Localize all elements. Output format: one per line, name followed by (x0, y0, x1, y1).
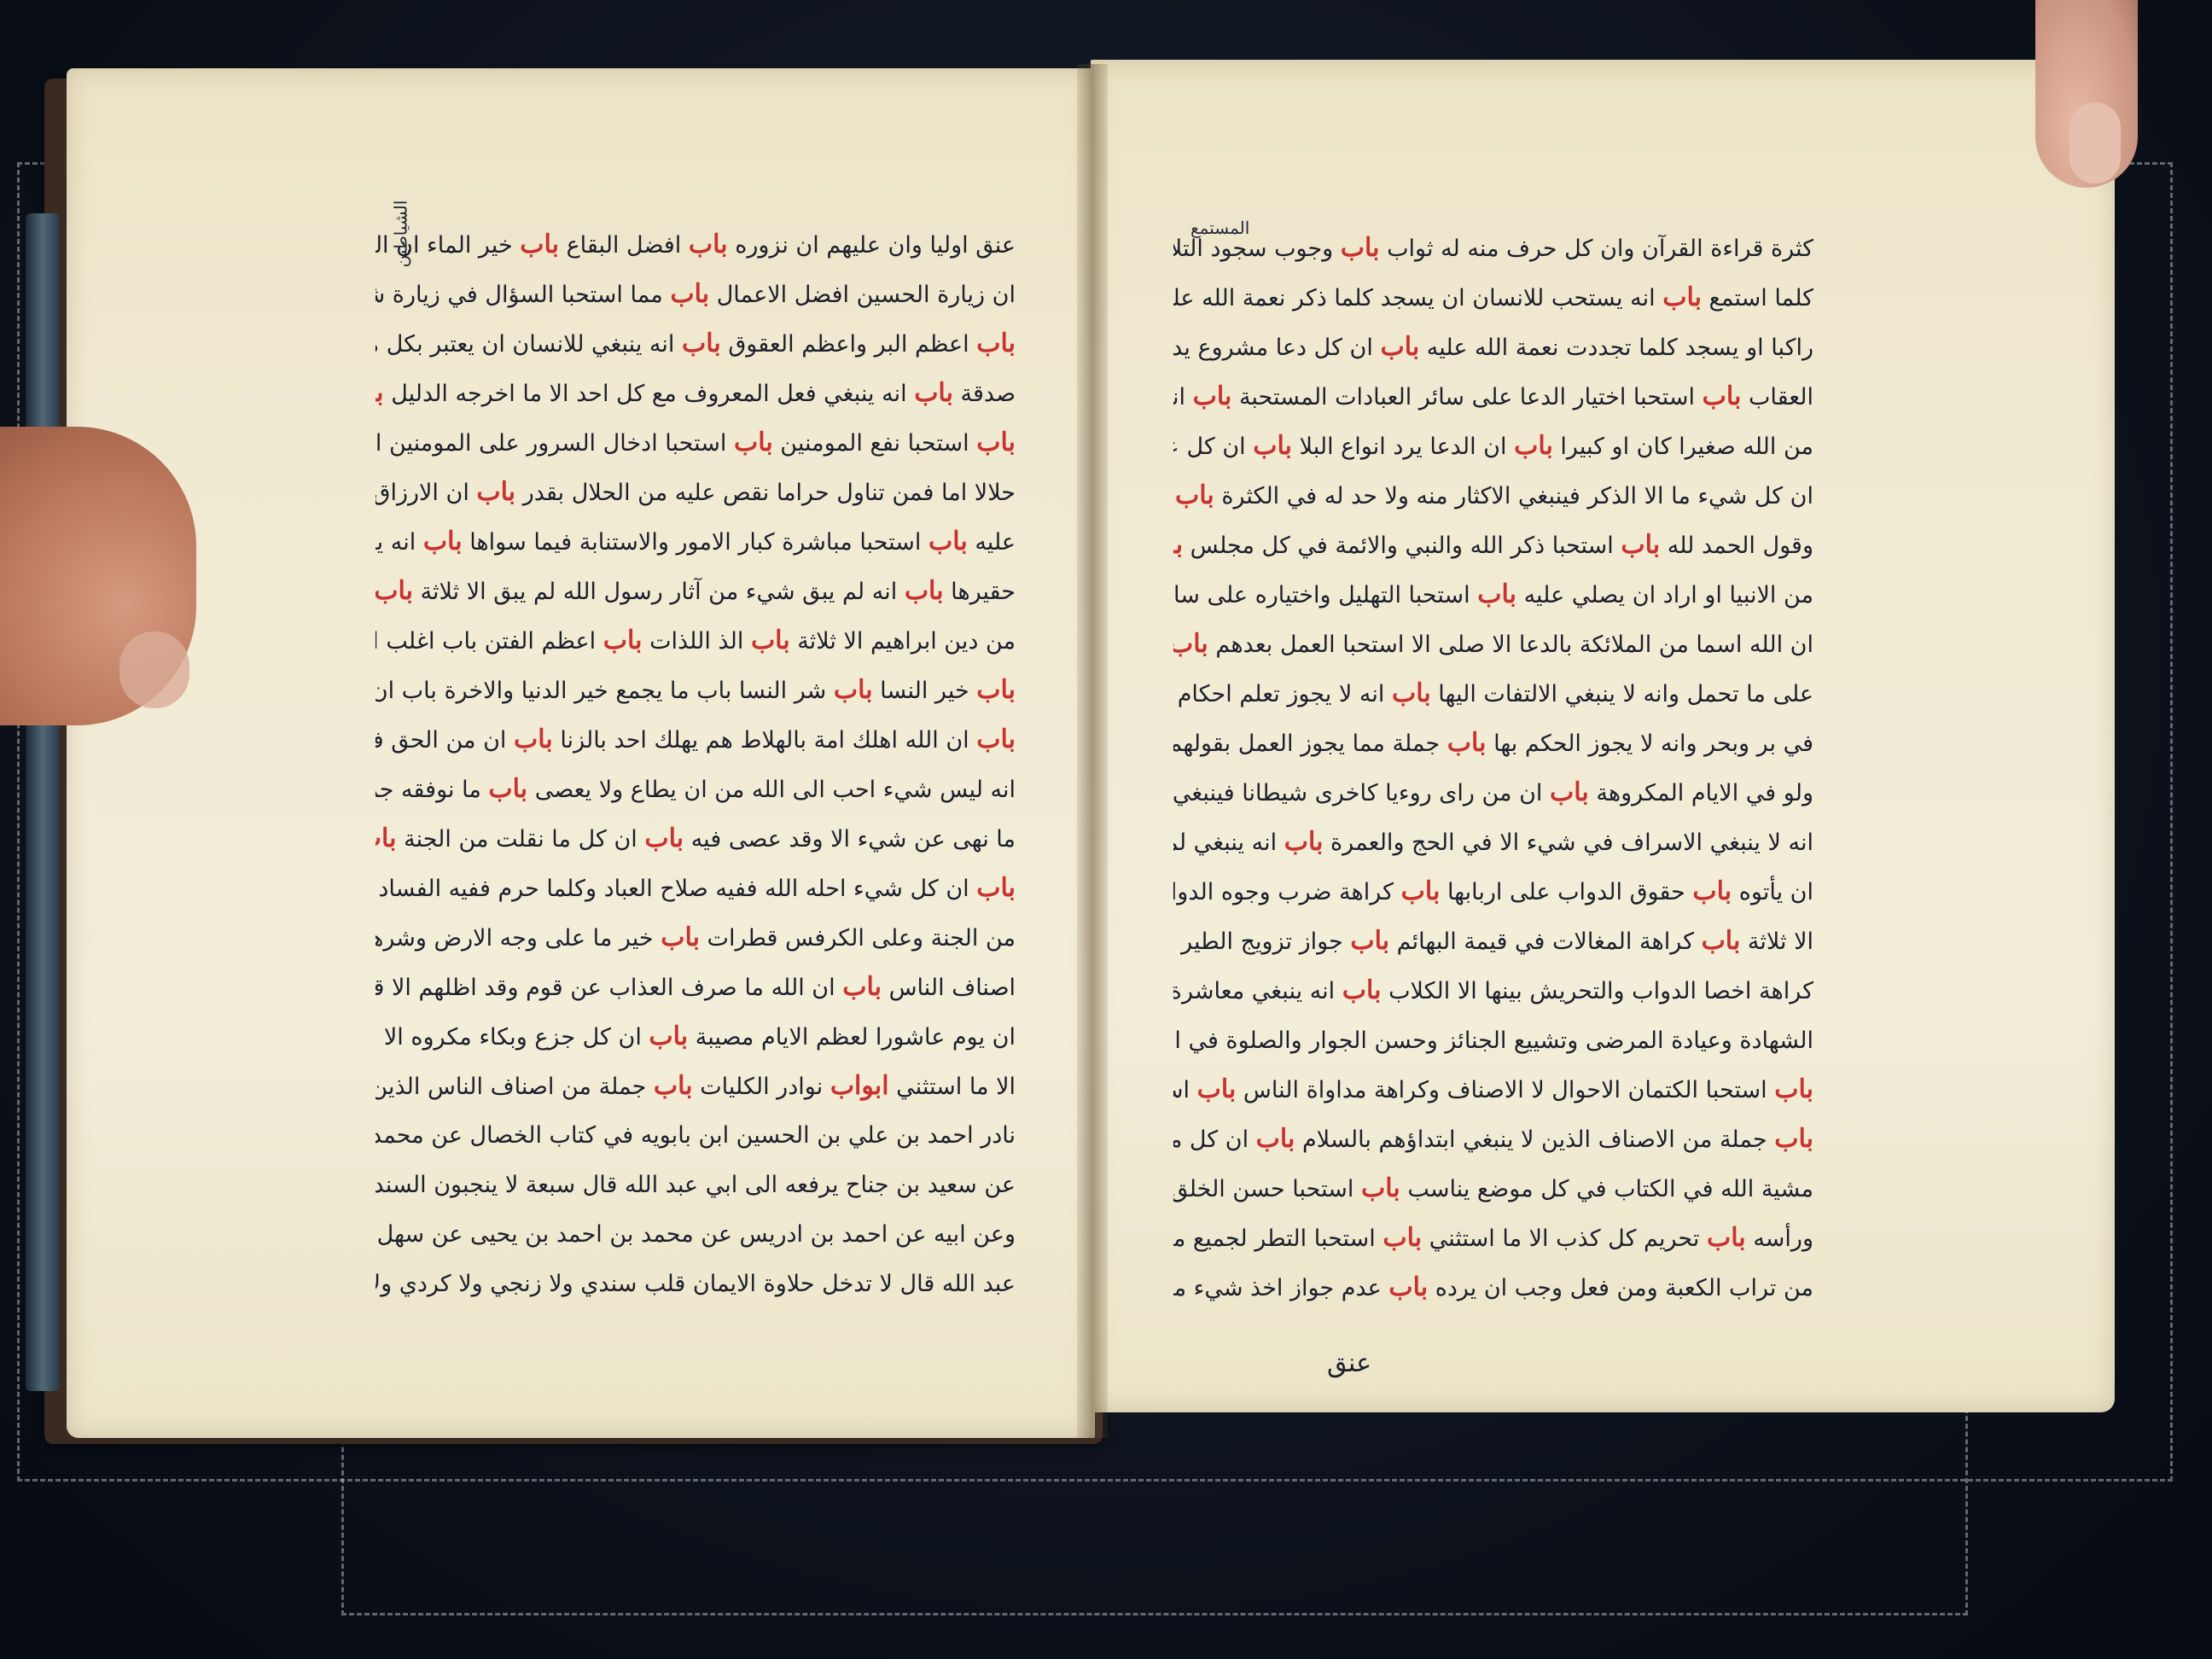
line-text: ولو في الايام المكروهة (1596, 780, 1813, 806)
line-text: استحبا ادخال السرور على المومنين ان الله… (375, 430, 726, 457)
line-text: مشية الله في الكتاب في كل موضع يناسب (1407, 1176, 1813, 1202)
left-thumbnail (119, 632, 189, 708)
line-text: استحبا الكتمان الاحوال لا الاصناف وكراهة… (1243, 1077, 1767, 1103)
rubric-heading: باب (488, 774, 527, 804)
rubric-heading: باب (1401, 876, 1441, 906)
line-text: اما فمن تناول حراما نقص عليه من الحلال ب… (523, 480, 967, 506)
rubric-heading: باب (1621, 530, 1660, 560)
line-text: انه ينبغي لمن اراد سفرا ان يعلم اخوانه و… (1173, 829, 1277, 856)
rubric-heading: باب (661, 923, 700, 952)
text-line: الشهادة وعيادة المرضى وتشييع الجنائز وحس… (1173, 1016, 1813, 1065)
text-line: باب استحبا الكتمان الاحوال لا الاصناف وك… (1173, 1065, 1813, 1115)
text-line: عبد الله قال لا تدخل حلاوة الايمان قلب س… (375, 1260, 1016, 1309)
line-text: ورأسه (1753, 1225, 1813, 1252)
line-text: ان من راى روءيا كاخرى شيطانا فينبغي ان ي… (1173, 780, 1542, 806)
line-text: كلما استمع (1709, 285, 1813, 311)
line-text: تحريم كل كذب الا ما استثني (1429, 1225, 1700, 1252)
rubric-heading: باب (603, 626, 643, 655)
text-line: وقول الحمد لله باب استحبا ذكر الله والنب… (1173, 521, 1813, 570)
text-line: باب اعظم البر واعظم العقوق باب انه ينبغي… (375, 319, 1016, 369)
rubric-heading: باب (514, 725, 553, 754)
text-line: العقاب باب استحبا اختيار الدعا على سائر … (1173, 372, 1813, 422)
rubric-heading: باب (928, 527, 968, 556)
line-text: على ما تحمل وانه لا ينبغي الالتفات اليها (1438, 681, 1813, 707)
line-text: انه يستحب للانسان ان يطلب كلما يحتاج الي… (1173, 384, 1185, 410)
rubric-heading: باب (751, 626, 790, 655)
text-line: من الله صغيرا كان او كبيرا باب ان الدعا … (1173, 422, 1813, 471)
line-text: استحبا نفع المومنين (780, 430, 969, 457)
rubric-heading: باب (1197, 1074, 1237, 1104)
line-text: نوادر الكليات (700, 1074, 823, 1100)
line-text: وجوب سجود التلاوة (1173, 236, 1333, 262)
line-text: انه ينبغي معاشرة الناس على العادة واداء … (1173, 978, 1335, 1004)
line-text: من الانبيا او اراد ان يصلي عليه (1524, 582, 1813, 608)
text-line: من الجنة وعلى الكرفس قطرات باب خير ما عل… (375, 913, 1016, 963)
line-text: ان الارزاق قسمان قوت الطلب في غير موقوف (375, 480, 469, 506)
text-line: اصناف الناس باب ان الله ما صرف العذاب عن… (375, 963, 1016, 1012)
line-text: حقوق الدواب على اربابها (1447, 879, 1685, 905)
text-line: باب ان الله اهلك امة بالهلاط هم يهلك احد… (375, 715, 1016, 765)
line-text: جملة من اصناف الناس الذين لا يجب منهم اح… (375, 1074, 646, 1100)
line-text: الشهادة وعيادة المرضى وتشييع الجنائز وحس… (1173, 1027, 1813, 1054)
line-text: العقاب (1749, 384, 1813, 410)
line-text: الذ اللذات (649, 628, 743, 655)
rubric-heading: باب (734, 428, 773, 457)
line-text: ان الله اسما من الملائكة بالدعا الا صلى … (1215, 632, 1813, 658)
rubric-heading: باب (1662, 282, 1702, 312)
line-text: من دين ابراهيم الا ثلاثة (797, 628, 1016, 655)
rubric-heading: باب (375, 576, 413, 606)
rubric-heading: باب (1382, 1223, 1422, 1253)
line-text: خير ما على وجه الارض وشرها على وجه الارض (375, 925, 654, 952)
rubric-heading: باب (1173, 629, 1208, 659)
line-text: من الجنة وعلى الكرفس قطرات (707, 925, 1016, 952)
line-text: جملة مما يجوز العمل بقولهم (1173, 731, 1440, 757)
line-text: وقول الحمد لله (1668, 533, 1813, 559)
text-line: باب جملة من الاصناف الذين لا ينبغي ابتدا… (1173, 1115, 1813, 1164)
line-text: انه ينبغي فعل المعروف مع كل احد الا ما ا… (391, 381, 906, 407)
line-text: انه لا ينبغي الاسراف في شيء الا في الحج … (1330, 829, 1813, 856)
text-line: كثرة قراءة القرآن وان كل حرف منه له ثواب… (1173, 224, 1813, 273)
line-text: انه لا يجوز تعلم احكام النجوم واحوالها ا… (1173, 681, 1384, 707)
rubric-heading: باب (1550, 777, 1589, 807)
line-text: الا ما استثني (896, 1074, 1016, 1100)
rubric-heading: باب (976, 329, 1016, 358)
line-text: وعن ابيه عن احمد بن ادريس عن محمد بن احم… (375, 1221, 1016, 1248)
text-line: ان يوم عاشورا لعظم الايام مصيبة باب ان ك… (375, 1012, 1016, 1062)
rubric-heading: باب (476, 477, 515, 507)
line-text: ان كل شيء ما الا الذكر فينبغي الاكثار من… (1221, 483, 1813, 509)
text-line: حلالا اما فمن تناول حراما نقص عليه من ال… (375, 468, 1016, 517)
rubric-heading: باب (423, 527, 463, 556)
line-text: ان الله اهلك امة بالهلاط هم يهلك احد بال… (560, 727, 969, 754)
line-text: نادر احمد بن علي بن الحسين ابن بابويه في… (375, 1122, 1016, 1149)
text-line: على ما تحمل وانه لا ينبغي الالتفات اليها… (1173, 669, 1813, 719)
rubric-heading: باب (1256, 1124, 1295, 1154)
line-text: حلالا (975, 480, 1016, 506)
text-line: نادر احمد بن علي بن الحسين ابن بابويه في… (375, 1111, 1016, 1161)
text-line: عن سعيد بن جناح يرفعه الى ابي عبد الله ق… (375, 1161, 1016, 1210)
rubric-heading: باب (375, 824, 397, 853)
right-text-block: كثرة قراءة القرآن وان كل حرف منه له ثواب… (1173, 224, 1813, 1313)
rubric-heading: باب (1774, 1124, 1813, 1154)
line-text: عدم جواز اخذ شيء من تراب المسجد حصا (1173, 1275, 1382, 1301)
catchword: عنق (1327, 1348, 1371, 1378)
line-text: ان كل عين باكية يوم القيمة الا ثلاث باب (1173, 434, 1246, 460)
line-text: انه ليس شيء احب الى الله من ان يطاع ولا … (535, 777, 1016, 803)
text-line: من تراب الكعبة ومن فعل وجب ان يرده باب ع… (1173, 1263, 1813, 1313)
rubric-heading: باب (682, 329, 721, 358)
line-text: حقيرها (951, 579, 1016, 605)
rubric-heading: باب (1774, 1074, 1813, 1104)
rubric-heading: باب (905, 576, 944, 606)
rubric-heading: ابواب (830, 1071, 889, 1101)
rubric-heading: باب (520, 230, 559, 259)
cover-edge (26, 213, 60, 1391)
line-text: انه ينبغي للانسان ان يعتبر بكل ما يراه و… (375, 331, 674, 358)
line-text: كثرة قراءة القرآن وان كل حرف منه له ثواب (1387, 236, 1813, 262)
line-text: ان يوم عاشورا لعظم الايام مصيبة (696, 1024, 1016, 1051)
line-text: ان كل ما نقلت من الجنة (404, 826, 637, 853)
rubric-heading: باب (1350, 926, 1389, 956)
line-text: كراهة ضرب وجوه الدواب وكل ذي روح باب ان … (1173, 879, 1394, 905)
line-text: كراهة اخصا الدواب والتحريش بينها الا الك… (1388, 978, 1813, 1004)
rubric-heading: باب (1388, 1272, 1428, 1302)
line-text: انه ينبغي اختيار معالي الامور وترك (375, 529, 416, 556)
rubric-heading: باب (1703, 381, 1742, 411)
rubric-heading: باب (375, 378, 384, 408)
line-text: اعظم الفتن باب اغلب الاعداء باب اول ما ع… (375, 628, 596, 655)
text-line: صدقة باب انه ينبغي فعل المعروف مع كل احد… (375, 369, 1016, 418)
text-line: حقيرها باب انه لم يبق شيء من آثار رسول ا… (375, 567, 1016, 616)
text-line: باب استحبا نفع المومنين باب استحبا ادخال… (375, 418, 1016, 468)
line-text: عليه (975, 529, 1016, 556)
line-text: في بر وبحر وانه لا يجوز الحكم بها (1493, 731, 1813, 757)
line-text: ان كل شيء احله الله ففيه صلاح العباد وكل… (378, 876, 969, 902)
rubric-heading: باب (976, 725, 1016, 754)
text-line: وعن ابيه عن احمد بن ادريس عن محمد بن احم… (375, 1210, 1016, 1260)
text-line: ما نهى عن شيء الا وقد عصى فيه باب ان كل … (375, 814, 1016, 864)
line-text: استحبا حسن الخلق مع الناس (1173, 1176, 1353, 1202)
text-line: كراهة اخصا الدواب والتحريش بينها الا الك… (1173, 966, 1813, 1016)
line-text: ما نوفقه جميع الحيوانات (375, 777, 481, 803)
line-text: من الله صغيرا كان او كبيرا (1560, 434, 1813, 460)
text-line: باب خير النسا باب شر النسا باب ما يجمع خ… (375, 666, 1016, 715)
line-text: الا ثلاثة (1748, 928, 1813, 955)
line-text: صدقة (961, 381, 1016, 407)
text-line: باب ان كل شيء احله الله ففيه صلاح العباد… (375, 864, 1016, 913)
text-line: انه لا ينبغي الاسراف في شيء الا في الحج … (1173, 818, 1813, 867)
line-text: افضل البقاع (567, 232, 682, 259)
line-text: ان الله ما صرف العذاب عن قوم وقد اظلهم ا… (375, 975, 835, 1001)
text-line: ان كل شيء ما الا الذكر فينبغي الاكثار من… (1173, 471, 1813, 521)
line-text: عن سعيد بن جناح يرفعه الى ابي عبد الله ق… (375, 1172, 1016, 1198)
line-text: استحبا التحبب الى الناس والتودد اليهم (1173, 1077, 1190, 1103)
text-line: من دين ابراهيم الا ثلاثة باب الذ اللذات … (375, 616, 1016, 666)
text-line: ولو في الايام المكروهة باب ان من راى روء… (1173, 768, 1813, 818)
line-text: ان زيارة الحسين افضل الاعمال (717, 282, 1016, 308)
rubric-heading: باب (976, 873, 1016, 903)
rubric-heading: باب (644, 824, 684, 853)
line-text: ما نهى عن شيء الا وقد عصى فيه (691, 826, 1016, 853)
line-text: عبد الله قال لا تدخل حلاوة الايمان قلب س… (375, 1271, 1016, 1297)
line-text: اعظم البر واعظم العقوق (728, 331, 969, 358)
rubric-heading: باب (1193, 381, 1232, 411)
line-text: اصناف الناس (889, 975, 1016, 1001)
line-text: استحبا مباشرة كبار الامور والاستنابة فيم… (469, 529, 921, 556)
line-text: شر النسا باب ما يجمع خير الدنيا والاخرة … (375, 678, 826, 704)
rubric-heading: باب (976, 428, 1016, 457)
rubric-heading: باب (1477, 579, 1516, 609)
rubric-heading: باب (1447, 728, 1487, 758)
rubric-heading: باب (834, 675, 873, 705)
text-line: عنق اوليا وان عليهم ان نزوره باب افضل ال… (375, 220, 1016, 270)
rubric-heading: باب (1173, 530, 1183, 560)
line-text: انه لم يبق شيء من آثار رسول الله لم يبق … (421, 579, 898, 605)
line-text: استحبا ذكر الله والنبي والائمة في كل مجل… (1190, 533, 1614, 559)
line-text: راكبا او يسجد كلما تجددت نعمة الله عليه (1427, 335, 1813, 361)
text-line: كلما استمع باب انه يستحب للانسان ان يسجد… (1173, 273, 1813, 323)
line-text: مما استحبا السؤال في زيارة شيء من الفسق … (375, 282, 663, 308)
line-text: كراهة المغالات في قيمة البهائم (1397, 928, 1694, 955)
line-text: انه يستحب للانسان ان يسجد كلما ذكر نعمة … (1173, 285, 1656, 311)
text-line: راكبا او يسجد كلما تجددت نعمة الله عليه … (1173, 323, 1813, 372)
text-line: ان زيارة الحسين افضل الاعمال باب مما است… (375, 270, 1016, 319)
line-text: ان الدعا يرد انواع البلا (1300, 434, 1507, 460)
line-text: استحبا التهليل واختياره على سائر الاذكار (1173, 582, 1470, 608)
rubric-heading: باب (670, 279, 709, 309)
rubric-heading: باب (1361, 1173, 1400, 1203)
line-text: استحبا التطر لجميع ما حاذر به النبي (1173, 1225, 1376, 1252)
rubric-heading: باب (1341, 233, 1380, 263)
rubric-heading: باب (976, 675, 1016, 705)
text-line: الا ما استثني ابواب نوادر الكليات باب جم… (375, 1062, 1016, 1111)
rubric-heading: باب (1284, 827, 1324, 857)
rubric-heading: باب (1702, 926, 1741, 956)
right-fingernail (2069, 102, 2121, 183)
text-line: في بر وبحر وانه لا يجوز الحكم بها باب جم… (1173, 719, 1813, 768)
rubric-heading: باب (689, 230, 728, 259)
line-text: ان يأتوه (1739, 879, 1813, 905)
line-text: خير الماء ان الله ما خلق خلقا اكثر من ال… (375, 232, 513, 259)
rubric-heading: باب (1253, 431, 1292, 461)
rubric-heading: باب (1380, 332, 1419, 362)
rubric-heading: باب (1692, 876, 1732, 906)
rubric-heading: باب (654, 1071, 693, 1101)
text-line: ورأسه باب تحريم كل كذب الا ما استثني باب… (1173, 1214, 1813, 1263)
line-text: ان كل جزع وبكاء مكروه الا ما استثني (375, 1024, 642, 1051)
rubric-heading: باب (914, 378, 953, 408)
rubric-heading: باب (842, 972, 882, 1002)
line-text: من تراب الكعبة ومن فعل وجب ان يرده (1435, 1275, 1813, 1301)
rubric-heading: باب (649, 1022, 688, 1051)
line-text: ان كل مؤمن حاز يؤذيه باب استحبا استثناء (1173, 1126, 1249, 1153)
text-line: عليه باب استحبا مباشرة كبار الامور والاس… (375, 517, 1016, 567)
left-text-block: عنق اوليا وان عليهم ان نزوره باب افضل ال… (375, 220, 1016, 1309)
line-text: جملة من الاصناف الذين لا ينبغي ابتداؤهم … (1302, 1126, 1767, 1153)
text-line: الا ثلاثة باب كراهة المغالات في قيمة الب… (1173, 917, 1813, 966)
line-text: خير النسا (880, 678, 969, 704)
line-text: عنق اوليا وان عليهم ان نزوره (735, 232, 1016, 259)
rubric-heading: باب (1342, 975, 1382, 1005)
line-text: ان كل دعا مشروع يدعو به مؤمن فهو مستحب ا… (1173, 335, 1373, 361)
text-line: من الانبيا او اراد ان يصلي عليه باب استح… (1173, 570, 1813, 620)
rubric-heading: باب (1175, 480, 1214, 510)
text-line: مشية الله في الكتاب في كل موضع يناسب باب… (1173, 1164, 1813, 1214)
text-line: ان يأتوه باب حقوق الدواب على اربابها باب… (1173, 867, 1813, 917)
line-text: استحبا اختيار الدعا على سائر العبادات ال… (1239, 384, 1695, 410)
line-text: ان من الحق في وطي الرجال دعا الناس الى ن… (375, 727, 506, 754)
rubric-heading: باب (1707, 1223, 1746, 1253)
rubric-heading: باب (1392, 678, 1431, 708)
text-line: ان الله اسما من الملائكة بالدعا الا صلى … (1173, 620, 1813, 669)
rubric-heading: باب (1514, 431, 1553, 461)
line-text: جواز تزويج الطير والبهائم بامة وبنية و ب… (1173, 928, 1343, 955)
book-gutter (1077, 64, 1108, 1438)
text-line: انه ليس شيء احب الى الله من ان يطاع ولا … (375, 765, 1016, 814)
